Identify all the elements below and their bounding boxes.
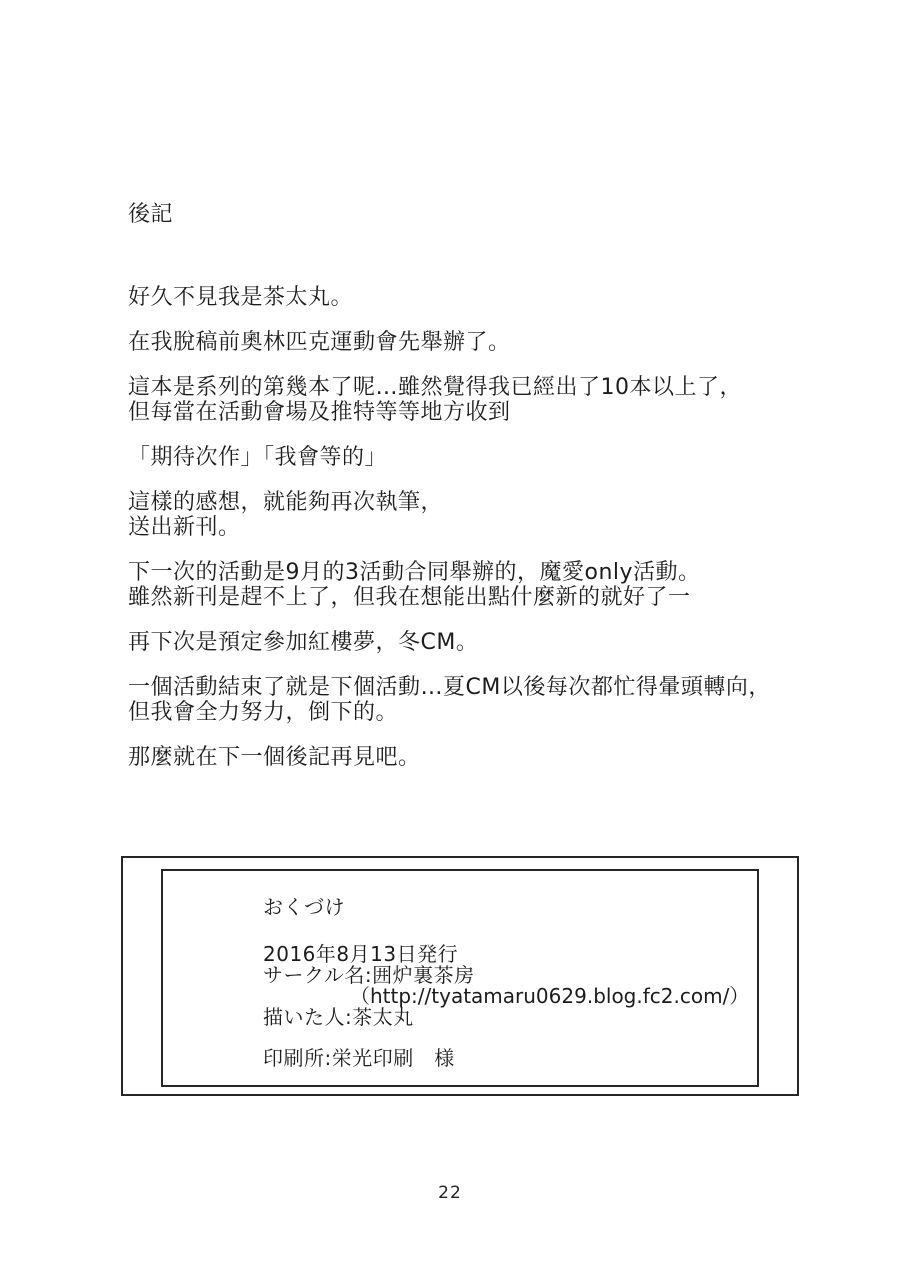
- afterword-paragraph: 這本是系列的第幾本了呢…雖然覺得我已經出了10本以上了， 但每當在活動會場及推特…: [128, 375, 848, 425]
- afterword-paragraph: 這樣的感想，就能夠再次執筆， 送出新刊。: [128, 490, 848, 540]
- afterword-line: 這樣的感想，就能夠再次執筆，: [128, 490, 848, 515]
- afterword-paragraph: 一個活動結束了就是下個活動…夏CM以後每次都忙得暈頭轉向， 但我會全力努力，倒下…: [128, 675, 848, 725]
- afterword-line: 這本是系列的第幾本了呢…雖然覺得我已經出了10本以上了，: [128, 375, 848, 400]
- afterword-paragraph: 好久不見我是茶太丸。: [128, 285, 848, 310]
- afterword-line: 再下次是預定參加紅樓夢，冬CM。: [128, 630, 848, 655]
- afterword-paragraph: 再下次是預定參加紅樓夢，冬CM。: [128, 630, 848, 655]
- printer-name: 印刷所:栄光印刷 様: [263, 1048, 749, 1069]
- manga-afterword-page: 後記 好久不見我是茶太丸。 在我脫稿前奧林匹克運動會先舉辦了。 這本是系列的第幾…: [0, 0, 900, 1262]
- afterword-paragraph: 那麼就在下一個後記再見吧。: [128, 745, 848, 770]
- publish-date: 2016年8月13日発行: [263, 944, 749, 965]
- afterword-line: 「期待次作」「我會等的」: [128, 445, 848, 470]
- colophon-title: おくづけ: [263, 897, 749, 918]
- afterword-title: 後記: [128, 202, 848, 227]
- colophon-box: おくづけ 2016年8月13日発行 サークル名:囲炉裏茶房 （http://ty…: [121, 856, 799, 1096]
- page-number: 22: [0, 1183, 900, 1203]
- circle-name: サークル名:囲炉裏茶房: [263, 965, 749, 986]
- colophon-content: おくづけ 2016年8月13日発行 サークル名:囲炉裏茶房 （http://ty…: [263, 897, 749, 1069]
- afterword-line: 但每當在活動會場及推特等等地方收到: [128, 400, 848, 425]
- circle-url: （http://tyatamaru0629.blog.fc2.com/）: [263, 986, 749, 1007]
- afterword-section: 後記 好久不見我是茶太丸。 在我脫稿前奧林匹克運動會先舉辦了。 這本是系列的第幾…: [128, 202, 848, 790]
- afterword-line: 雖然新刊是趕不上了，但我在想能出點什麼新的就好了一: [128, 585, 848, 610]
- afterword-line: 好久不見我是茶太丸。: [128, 285, 848, 310]
- afterword-paragraph: 在我脫稿前奧林匹克運動會先舉辦了。: [128, 330, 848, 355]
- afterword-paragraph: 下一次的活動是9月的3活動合同舉辦的，魔愛only活動。 雖然新刊是趕不上了，但…: [128, 560, 848, 610]
- afterword-line: 下一次的活動是9月的3活動合同舉辦的，魔愛only活動。: [128, 560, 848, 585]
- afterword-line: 那麼就在下一個後記再見吧。: [128, 745, 848, 770]
- afterword-line: 送出新刊。: [128, 515, 848, 540]
- colophon-inner-box: おくづけ 2016年8月13日発行 サークル名:囲炉裏茶房 （http://ty…: [161, 869, 759, 1087]
- afterword-line: 一個活動結束了就是下個活動…夏CM以後每次都忙得暈頭轉向，: [128, 675, 848, 700]
- artist-name: 描いた人:茶太丸: [263, 1007, 749, 1028]
- afterword-line: 但我會全力努力，倒下的。: [128, 700, 848, 725]
- afterword-line: 在我脫稿前奧林匹克運動會先舉辦了。: [128, 330, 848, 355]
- afterword-paragraph: 「期待次作」「我會等的」: [128, 445, 848, 470]
